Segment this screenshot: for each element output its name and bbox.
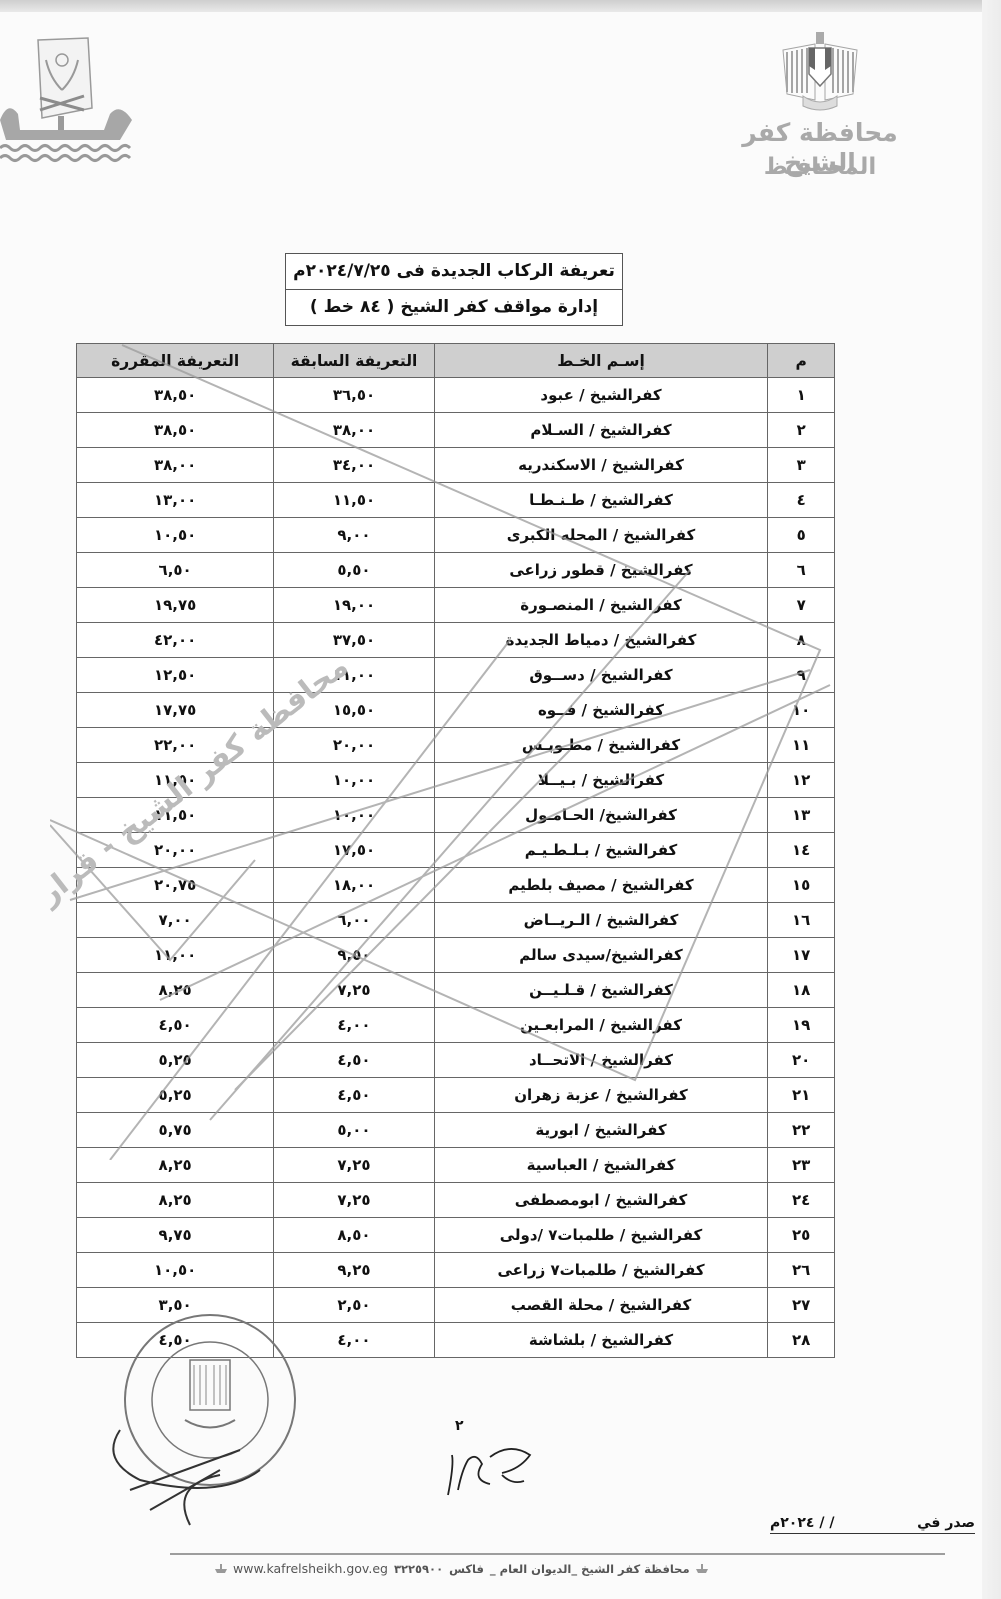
row-new-fare: ٤٢,٠٠ xyxy=(77,623,274,658)
row-previous-fare: ٤,٠٠ xyxy=(274,1008,434,1043)
row-previous-fare: ٨,٥٠ xyxy=(274,1218,434,1253)
row-previous-fare: ١١,٥٠ xyxy=(274,483,434,518)
table-row: ٢٦كفرالشيخ / طلمبات٧ زراعى٩,٢٥١٠,٥٠ xyxy=(77,1253,835,1288)
table-row: ١٥كفرالشيخ / مصيف بلطيم١٨,٠٠٢٠,٧٥ xyxy=(77,868,835,903)
row-new-fare: ١١,٥٠ xyxy=(77,798,274,833)
row-line-name: كفرالشيخ / ابومصطفى xyxy=(434,1183,768,1218)
row-previous-fare: ١٩,٠٠ xyxy=(274,588,434,623)
row-new-fare: ١٠,٥٠ xyxy=(77,1253,274,1288)
table-row: ٤كفرالشيخ / طـنـطـا١١,٥٠١٣,٠٠ xyxy=(77,483,835,518)
table-row: ١٨كفرالشيخ / قـلـيــن٧,٢٥٨,٢٥ xyxy=(77,973,835,1008)
row-number: ٥ xyxy=(768,518,835,553)
row-previous-fare: ٩,٢٥ xyxy=(274,1253,434,1288)
table-row: ٢٥كفرالشيخ / طلمبات٧ /دولى٨,٥٠٩,٧٥ xyxy=(77,1218,835,1253)
boat-mini-icon xyxy=(215,1564,227,1574)
footer-org: محافظة كفر الشيخ _الديوان العام _ xyxy=(490,1562,690,1576)
row-line-name: كفرالشيخ / دســوق xyxy=(434,658,768,693)
row-previous-fare: ١٨,٠٠ xyxy=(274,868,434,903)
row-number: ٣ xyxy=(768,448,835,483)
table-row: ١٧كفرالشيخ/سيدى سالم٩,٥٠١١,٠٠ xyxy=(77,938,835,973)
row-line-name: كفرالشيخ / قطور زراعى xyxy=(434,553,768,588)
table-row: ١٠كفرالشيخ / فــوه١٥,٥٠١٧,٧٥ xyxy=(77,693,835,728)
row-line-name: كفرالشيخ / الاتحــاد xyxy=(434,1043,768,1078)
row-new-fare: ١٧,٧٥ xyxy=(77,693,274,728)
row-previous-fare: ٢,٥٠ xyxy=(274,1288,434,1323)
table-row: ٩كفرالشيخ / دســوق١١,٠٠١٢,٥٠ xyxy=(77,658,835,693)
row-number: ١١ xyxy=(768,728,835,763)
row-new-fare: ٨,٢٥ xyxy=(77,1183,274,1218)
row-previous-fare: ٤,٠٠ xyxy=(274,1323,434,1358)
row-previous-fare: ٧,٢٥ xyxy=(274,1183,434,1218)
row-previous-fare: ١٠,٠٠ xyxy=(274,798,434,833)
table-row: ٢كفرالشيخ / السـلام٣٨,٠٠٣٨,٥٠ xyxy=(77,413,835,448)
row-new-fare: ٦,٥٠ xyxy=(77,553,274,588)
row-number: ٢٧ xyxy=(768,1288,835,1323)
issued-label: صدر في xyxy=(917,1515,975,1531)
row-new-fare: ٧,٠٠ xyxy=(77,903,274,938)
row-previous-fare: ٢٠,٠٠ xyxy=(274,728,434,763)
row-new-fare: ٨,٢٥ xyxy=(77,973,274,1008)
footer-fax-label: فاكس xyxy=(449,1562,484,1576)
table-header-row: م إسـم الخـط التعريفة السابقة التعريفة ا… xyxy=(77,344,835,378)
row-line-name: كفرالشيخ / ابورية xyxy=(434,1113,768,1148)
row-number: ٢٨ xyxy=(768,1323,835,1358)
row-line-name: كفرالشيخ / عزبة زهران xyxy=(434,1078,768,1113)
row-line-name: كفرالشيخ / بلشاشة xyxy=(434,1323,768,1358)
table-row: ٣كفرالشيخ / الاسكندريه٣٤,٠٠٣٨,٠٠ xyxy=(77,448,835,483)
row-number: ٨ xyxy=(768,623,835,658)
row-new-fare: ٣,٥٠ xyxy=(77,1288,274,1323)
header-previous-fare: التعريفة السابقة xyxy=(274,344,434,378)
row-previous-fare: ١٥,٥٠ xyxy=(274,693,434,728)
signature-mark xyxy=(430,1435,540,1505)
row-number: ٢٠ xyxy=(768,1043,835,1078)
boat-mini-icon xyxy=(696,1564,708,1574)
row-new-fare: ٥,٢٥ xyxy=(77,1043,274,1078)
row-new-fare: ١٣,٠٠ xyxy=(77,483,274,518)
row-number: ١ xyxy=(768,378,835,413)
row-previous-fare: ٧,٢٥ xyxy=(274,973,434,1008)
row-line-name: كفرالشيخ / طـنـطـا xyxy=(434,483,768,518)
table-row: ٢٤كفرالشيخ / ابومصطفى٧,٢٥٨,٢٥ xyxy=(77,1183,835,1218)
row-new-fare: ٢٠,٧٥ xyxy=(77,868,274,903)
row-previous-fare: ١٧,٥٠ xyxy=(274,833,434,868)
issued-date-field: صدر في / / ٢٠٢٤م xyxy=(770,1515,975,1534)
row-number: ١٩ xyxy=(768,1008,835,1043)
row-number: ٢٦ xyxy=(768,1253,835,1288)
header-new-fare: التعريفة المقررة xyxy=(77,344,274,378)
table-row: ٢١كفرالشيخ / عزبة زهران٤,٥٠٥,٢٥ xyxy=(77,1078,835,1113)
row-number: ٢١ xyxy=(768,1078,835,1113)
row-line-name: كفرالشيخ / طلمبات٧ /دولى xyxy=(434,1218,768,1253)
row-previous-fare: ٣٤,٠٠ xyxy=(274,448,434,483)
row-new-fare: ٢٠,٠٠ xyxy=(77,833,274,868)
table-row: ٢٣كفرالشيخ / العباسية٧,٢٥٨,٢٥ xyxy=(77,1148,835,1183)
row-line-name: كفرالشيخ / بـيــلا xyxy=(434,763,768,798)
table-row: ٢٢كفرالشيخ / ابورية٥,٠٠٥,٧٥ xyxy=(77,1113,835,1148)
row-line-name: كفرالشيخ / فــوه xyxy=(434,693,768,728)
row-number: ١٠ xyxy=(768,693,835,728)
row-number: ٤ xyxy=(768,483,835,518)
header-num: م xyxy=(768,344,835,378)
row-number: ١٧ xyxy=(768,938,835,973)
row-line-name: كفرالشيخ / الاسكندريه xyxy=(434,448,768,483)
row-number: ١٦ xyxy=(768,903,835,938)
fares-table: م إسـم الخـط التعريفة السابقة التعريفة ا… xyxy=(76,343,835,1358)
table-row: ٦كفرالشيخ / قطور زراعى٥,٥٠٦,٥٠ xyxy=(77,553,835,588)
row-new-fare: ١٩,٧٥ xyxy=(77,588,274,623)
row-number: ٩ xyxy=(768,658,835,693)
tariff-title-box: تعريفة الركاب الجديدة فى ٢٠٢٤/٧/٢٥م إدار… xyxy=(285,253,623,326)
row-new-fare: ١٠,٥٠ xyxy=(77,518,274,553)
row-line-name: كفرالشيخ / الـريــاض xyxy=(434,903,768,938)
row-line-name: كفرالشيخ / دمياط الجديدة xyxy=(434,623,768,658)
row-line-name: كفرالشيخ / محلة القصب xyxy=(434,1288,768,1323)
row-line-name: كفرالشيخ / مصيف بلطيم xyxy=(434,868,768,903)
row-number: ٢ xyxy=(768,413,835,448)
governor-office-title: المحـافـظ xyxy=(740,154,900,180)
governorate-boat-logo-icon xyxy=(0,30,140,165)
row-line-name: كفرالشيخ / عبود xyxy=(434,378,768,413)
document-footer: www.kafrelsheikh.gov.eg ٣٢٢٥٩٠٠ فاكس محا… xyxy=(215,1561,775,1576)
scan-right-edge xyxy=(982,0,1001,1599)
row-line-name: كفرالشيخ / السـلام xyxy=(434,413,768,448)
egypt-eagle-emblem-icon xyxy=(775,30,865,120)
table-row: ١٢كفرالشيخ / بـيــلا١٠,٠٠١١,٥٠ xyxy=(77,763,835,798)
row-new-fare: ٣٨,٠٠ xyxy=(77,448,274,483)
row-number: ١٣ xyxy=(768,798,835,833)
row-previous-fare: ٤,٥٠ xyxy=(274,1078,434,1113)
row-previous-fare: ١١,٠٠ xyxy=(274,658,434,693)
scan-top-edge xyxy=(0,0,1001,12)
row-number: ٢٣ xyxy=(768,1148,835,1183)
table-row: ١١كفرالشيخ / مطـوبـس٢٠,٠٠٢٢,٠٠ xyxy=(77,728,835,763)
row-new-fare: ٤,٥٠ xyxy=(77,1323,274,1358)
row-number: ١٤ xyxy=(768,833,835,868)
row-new-fare: ٩,٧٥ xyxy=(77,1218,274,1253)
row-previous-fare: ٥,٠٠ xyxy=(274,1113,434,1148)
row-number: ٧ xyxy=(768,588,835,623)
row-number: ٢٢ xyxy=(768,1113,835,1148)
row-number: ٢٥ xyxy=(768,1218,835,1253)
row-new-fare: ٣٨,٥٠ xyxy=(77,378,274,413)
row-number: ٦ xyxy=(768,553,835,588)
table-row: ٢٨كفرالشيخ / بلشاشة٤,٠٠٤,٥٠ xyxy=(77,1323,835,1358)
row-new-fare: ٥,٧٥ xyxy=(77,1113,274,1148)
row-new-fare: ١٢,٥٠ xyxy=(77,658,274,693)
row-line-name: كفرالشيخ / العباسية xyxy=(434,1148,768,1183)
row-previous-fare: ٣٨,٠٠ xyxy=(274,413,434,448)
row-line-name: كفرالشيخ / المنصـورة xyxy=(434,588,768,623)
table-row: ٧كفرالشيخ / المنصـورة١٩,٠٠١٩,٧٥ xyxy=(77,588,835,623)
table-row: ١٤كفرالشيخ / بـلـطـيـم١٧,٥٠٢٠,٠٠ xyxy=(77,833,835,868)
row-previous-fare: ٧,٢٥ xyxy=(274,1148,434,1183)
table-row: ١٦كفرالشيخ / الـريــاض٦,٠٠٧,٠٠ xyxy=(77,903,835,938)
table-row: ٢٠كفرالشيخ / الاتحــاد٤,٥٠٥,٢٥ xyxy=(77,1043,835,1078)
tariff-title: تعريفة الركاب الجديدة فى ٢٠٢٤/٧/٢٥م xyxy=(286,254,622,289)
row-line-name: كفرالشيخ / بـلـطـيـم xyxy=(434,833,768,868)
row-number: ١٥ xyxy=(768,868,835,903)
row-number: ٢٤ xyxy=(768,1183,835,1218)
row-previous-fare: ٣٦,٥٠ xyxy=(274,378,434,413)
table-row: ١٣كفرالشيخ/ الحـامـول١٠,٠٠١١,٥٠ xyxy=(77,798,835,833)
footer-website: www.kafrelsheikh.gov.eg xyxy=(233,1561,388,1576)
footer-fax: ٣٢٢٥٩٠٠ xyxy=(394,1562,443,1576)
row-number: ١٨ xyxy=(768,973,835,1008)
row-line-name: كفرالشيخ/سيدى سالم xyxy=(434,938,768,973)
row-line-name: كفرالشيخ / المحله الكبرى xyxy=(434,518,768,553)
row-number: ١٢ xyxy=(768,763,835,798)
tariff-subtitle: إدارة مواقف كفر الشيخ ( ٨٤ خط ) xyxy=(286,289,622,325)
table-row: ٥كفرالشيخ / المحله الكبرى٩,٠٠١٠,٥٠ xyxy=(77,518,835,553)
row-new-fare: ٤,٥٠ xyxy=(77,1008,274,1043)
page-number: ٢ xyxy=(455,1418,464,1434)
row-line-name: كفرالشيخ / المرابعـين xyxy=(434,1008,768,1043)
row-previous-fare: ١٠,٠٠ xyxy=(274,763,434,798)
row-previous-fare: ٩,٥٠ xyxy=(274,938,434,973)
row-line-name: كفرالشيخ / مطـوبـس xyxy=(434,728,768,763)
footer-divider xyxy=(170,1553,945,1555)
row-new-fare: ١١,٥٠ xyxy=(77,763,274,798)
row-previous-fare: ٤,٥٠ xyxy=(274,1043,434,1078)
table-row: ١كفرالشيخ / عبود٣٦,٥٠٣٨,٥٠ xyxy=(77,378,835,413)
row-previous-fare: ٩,٠٠ xyxy=(274,518,434,553)
header-line-name: إسـم الخـط xyxy=(434,344,768,378)
row-previous-fare: ٥,٥٠ xyxy=(274,553,434,588)
issued-date: / / ٢٠٢٤م xyxy=(770,1515,834,1531)
row-new-fare: ١١,٠٠ xyxy=(77,938,274,973)
row-line-name: كفرالشيخ/ الحـامـول xyxy=(434,798,768,833)
row-new-fare: ٣٨,٥٠ xyxy=(77,413,274,448)
table-row: ١٩كفرالشيخ / المرابعـين٤,٠٠٤,٥٠ xyxy=(77,1008,835,1043)
row-line-name: كفرالشيخ / طلمبات٧ زراعى xyxy=(434,1253,768,1288)
row-new-fare: ٢٢,٠٠ xyxy=(77,728,274,763)
row-previous-fare: ٦,٠٠ xyxy=(274,903,434,938)
row-new-fare: ٥,٢٥ xyxy=(77,1078,274,1113)
row-new-fare: ٨,٢٥ xyxy=(77,1148,274,1183)
row-line-name: كفرالشيخ / قـلـيــن xyxy=(434,973,768,1008)
table-row: ٢٧كفرالشيخ / محلة القصب٢,٥٠٣,٥٠ xyxy=(77,1288,835,1323)
row-previous-fare: ٣٧,٥٠ xyxy=(274,623,434,658)
table-row: ٨كفرالشيخ / دمياط الجديدة٣٧,٥٠٤٢,٠٠ xyxy=(77,623,835,658)
